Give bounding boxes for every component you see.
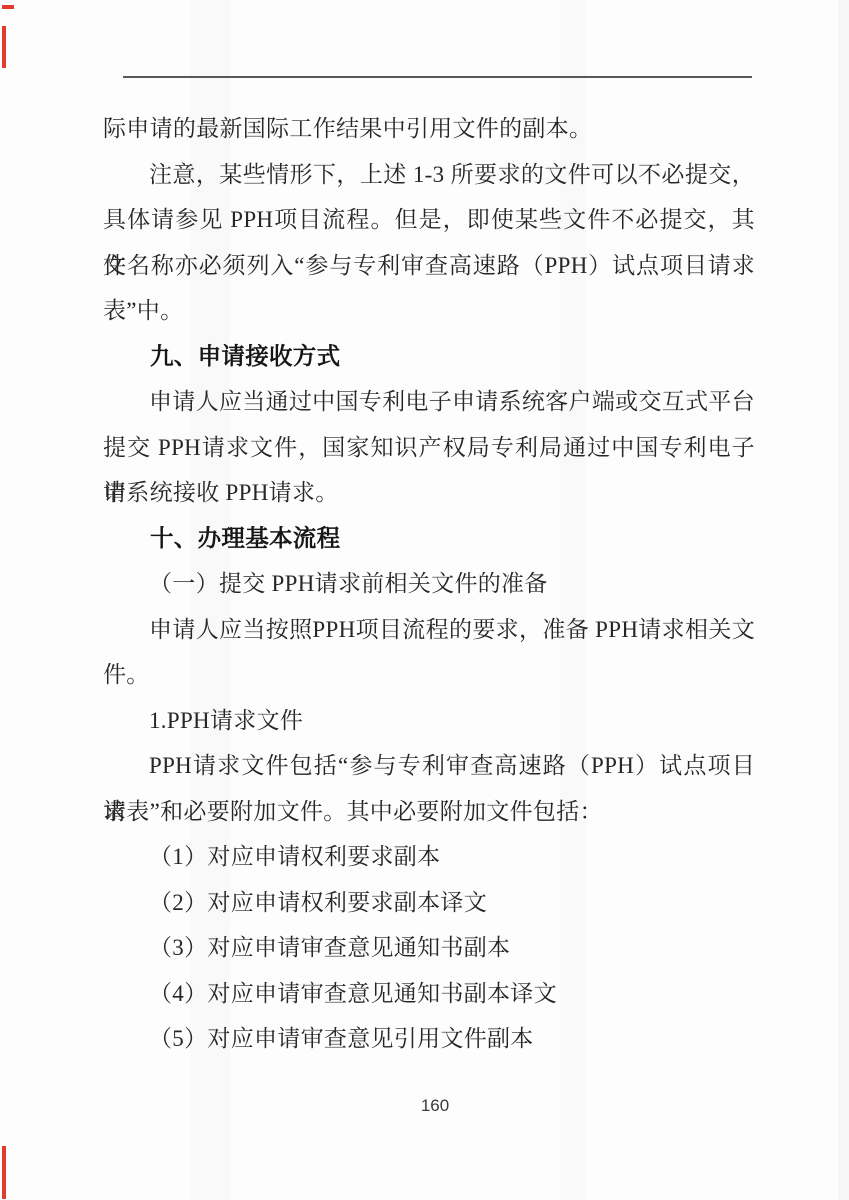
red-scan-artifact-bottom — [2, 1146, 6, 1199]
header-rule — [123, 76, 752, 78]
document-page: 际申请的最新国际工作结果中引用文件的副本。 注意，某些情形下，上述 1-3 所要… — [0, 0, 849, 1200]
list-item-1: （1）对应申请权利要求副本 — [103, 834, 755, 880]
body-line: 申请人应当通过中国专利电子申请系统客户端或交互式平台 — [103, 379, 755, 425]
red-scan-artifact-left — [2, 26, 6, 68]
body-line: 件名称亦必须列入“参与专利审查高速路（PPH）试点项目请求 — [103, 243, 755, 289]
list-item-3: （3）对应申请审查意见通知书副本 — [103, 925, 755, 971]
body-line: 申请人应当按照PPH项目流程的要求，准备 PPH请求相关文 — [103, 607, 755, 653]
page-number: 160 — [0, 1096, 849, 1116]
body-line: 请系统接收 PPH请求。 — [103, 470, 755, 516]
content-area: 际申请的最新国际工作结果中引用文件的副本。 注意，某些情形下，上述 1-3 所要… — [103, 106, 755, 1062]
body-line: 具体请参见 PPH项目流程。但是，即使某些文件不必提交，其文 — [103, 197, 755, 243]
body-line: 表”中。 — [103, 288, 755, 334]
section-heading-10: 十、办理基本流程 — [103, 516, 755, 562]
section-heading-9: 九、申请接收方式 — [103, 334, 755, 380]
body-line: PPH请求文件包括“参与专利审查高速路（PPH）试点项目请 — [103, 743, 755, 789]
body-line: 提交 PPH请求文件，国家知识产权局专利局通过中国专利电子申 — [103, 425, 755, 471]
red-scan-artifact-top — [2, 5, 14, 9]
item-heading: 1.PPH请求文件 — [103, 698, 755, 744]
subsection-heading: （一）提交 PPH请求前相关文件的准备 — [103, 561, 755, 607]
body-line: 求表”和必要附加文件。其中必要附加文件包括： — [103, 789, 755, 835]
body-line: 际申请的最新国际工作结果中引用文件的副本。 — [103, 106, 755, 152]
list-item-4: （4）对应申请审查意见通知书副本译文 — [103, 971, 755, 1017]
body-line: 件。 — [103, 652, 755, 698]
scan-band — [838, 0, 849, 1200]
body-line: 注意，某些情形下，上述 1-3 所要求的文件可以不必提交， — [103, 152, 755, 198]
list-item-2: （2）对应申请权利要求副本译文 — [103, 880, 755, 926]
list-item-5: （5）对应申请审查意见引用文件副本 — [103, 1016, 755, 1062]
